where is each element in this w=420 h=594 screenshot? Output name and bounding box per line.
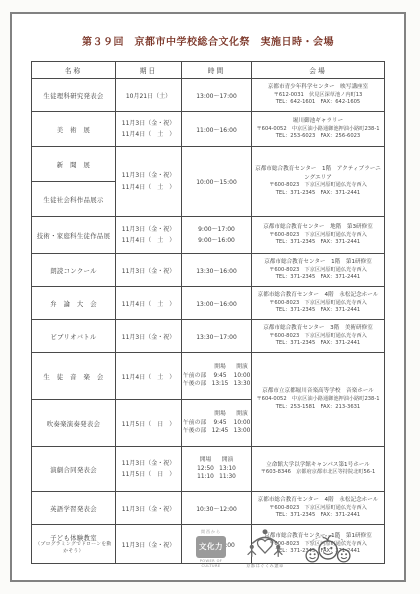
footer-logos: 関西から 文化力 POWER OF CULTURE 京都はぐくみ憲章 <box>196 528 352 569</box>
venue-name: 京都市総合教育センター 1階 アクティブラーニングエリア <box>253 165 383 182</box>
venue-address: 〒600-8023 下京区河原町通仏光寺西入 <box>253 267 383 275</box>
event-name: 朗読コンクール <box>32 254 116 287</box>
time-grid-header: 開場 開演 <box>183 363 252 372</box>
doors-open-label: 開場 <box>195 456 217 465</box>
time-grid-spacer <box>183 363 209 372</box>
table-row-english: 英語学習発表会 11月3日（金・祝） 10:30～12:00 京都市総合教育セン… <box>32 492 385 525</box>
start-label: 開演 <box>231 410 252 419</box>
doors-open-time: 12:50 <box>195 465 217 474</box>
venue-tel-fax: TEL：253-6023 FAX：256-6023 <box>253 133 383 141</box>
column-header-date: 期日 <box>116 62 182 79</box>
schedule-table: 名称 期日 時間 会場 生徒理科研究発表会 10月21日（土） 13:00～17… <box>31 61 385 564</box>
venue-name: 堀川御池ギャラリー <box>253 117 383 126</box>
venue-name: 京都市総合教育センター 4階 永松記念ホール <box>253 291 383 300</box>
session-label: 午後の部 <box>183 380 209 389</box>
time-grid: 開場 開演 12:50 13:10 11:10 11:30 <box>195 456 239 483</box>
power-of-culture-sub1: POWER OF <box>200 559 223 563</box>
venue-name: 京都市総合教育センター 1階 第1研修室 <box>253 258 383 267</box>
event-name: 生 徒 音 楽 会 <box>32 353 116 400</box>
venue-address: 〒603-8346 京都府京都市北区等持院北町56-1 <box>253 469 383 477</box>
venue-tel-fax: TEL：371-2345 FAX：371-2441 <box>253 307 383 315</box>
event-date: 11月4日（ 土 ） <box>116 353 182 400</box>
start-time: 10:00 <box>231 372 252 381</box>
event-date: 11月3日（金・祝） 11月4日（ 土 ） <box>116 217 182 254</box>
doors-open-label: 開場 <box>209 363 231 372</box>
date-line: 11月3日（金・祝） <box>117 118 180 129</box>
event-name: 演劇合同発表会 <box>32 447 116 492</box>
venue-address: 〒600-8023 下京区河原町通仏光寺西入 <box>253 333 383 341</box>
event-venue: 京都市立京都堀川音楽高等学校 音楽ホール 〒604-0052 中京区油小路通御池… <box>252 353 385 447</box>
venue-name: 京都市総合教育センター 地階 第3研修室 <box>253 223 383 232</box>
session-label: 午前の部 <box>183 372 209 381</box>
time-grid-row-1: 12:50 13:10 <box>195 465 239 474</box>
document-page: { "page": { "title": "第３９回 京都市中学校総合文化祭 実… <box>0 0 420 594</box>
venue-address: 〒600-8023 下京区河原町通仏光寺西入 <box>253 300 383 308</box>
date-line: 11月4日（ 土 ） <box>117 235 180 246</box>
table-header-row: 名称 期日 時間 会場 <box>32 62 385 79</box>
event-name-note: （プログラミングでドローンを動かそう） <box>33 542 114 555</box>
event-name: 子ども体験教室 （プログラミングでドローンを動かそう） <box>32 525 116 564</box>
venue-name: 京都市立京都堀川音楽高等学校 音楽ホール <box>253 387 383 396</box>
event-venue: 京都市総合教育センター 地階 第3研修室 〒600-8023 下京区河原町通仏光… <box>252 217 385 254</box>
time-grid-row-pm: 午後の部 12:45 13:00 <box>183 427 252 436</box>
kyoto-hagukumi-logo: 京都はぐくみ憲章 <box>246 528 284 569</box>
date-line: 11月5日（ 日 ） <box>117 469 180 480</box>
event-date: 11月3日（金・祝） <box>116 492 182 525</box>
venue-address: 〒600-8023 下京区河原町通仏光寺西入 <box>253 505 383 513</box>
event-venue: 京都市総合教育センター 1階 アクティブラーニングエリア 〒600-8023 下… <box>252 147 385 217</box>
table-row-speech: 弁 論 大 会 11月4日（ 土 ） 13:00～16:00 京都市総合教育セン… <box>32 287 385 320</box>
event-time: 開場 開演 午前の部 9:45 10:00 午後の部 13:15 13:30 <box>182 353 252 400</box>
event-time: 13:30～17:00 <box>182 320 252 353</box>
time-grid-row-2: 11:10 11:30 <box>195 473 239 482</box>
page-title: 第３９回 京都市中学校総合文化祭 実施日時・会場 <box>12 33 404 48</box>
event-date: 10月21日（土） <box>116 79 182 112</box>
start-time: 11:30 <box>217 473 239 482</box>
event-time: 13:00～16:00 <box>182 287 252 320</box>
venue-tel-fax: TEL：371-2345 FAX：371-2441 <box>253 340 383 348</box>
event-name: 吹奏楽演奏発表会 <box>32 400 116 447</box>
event-venue: 京都市総合教育センター 3階 美術研修室 〒600-8023 下京区河原町通仏光… <box>252 320 385 353</box>
table-row-music-concert: 生 徒 音 楽 会 11月4日（ 土 ） 開場 開演 午前の部 9:45 10:… <box>32 353 385 400</box>
event-time: 開場 開演 午前の部 9:45 10:00 午後の部 12:45 13:00 <box>182 400 252 447</box>
doors-open-time: 11:10 <box>195 473 217 482</box>
time-grid-spacer <box>183 410 209 419</box>
event-name: ビブリオバトル <box>32 320 116 353</box>
community-circle-icon <box>304 529 352 569</box>
kyoto-hagukumi-label: 京都はぐくみ憲章 <box>246 563 284 569</box>
time-grid-row-pm: 午後の部 13:15 13:30 <box>183 380 252 389</box>
event-name: 生徒理科研究発表会 <box>32 79 116 112</box>
time-grid-header: 開場 開演 <box>195 456 239 465</box>
event-date: 11月3日（金・祝） 11月5日（ 日 ） <box>116 447 182 492</box>
date-line: 11月3日（金・祝） <box>117 170 180 181</box>
venue-tel-fax: TEL：371-2345 FAX：371-2441 <box>253 512 383 520</box>
venue-tel-fax: TEL：642-1601 FAX：642-1605 <box>253 99 383 107</box>
venue-address: 〒612-0031 伏見区深草池ノ内町13 <box>253 92 383 100</box>
event-time: 10:30～12:00 <box>182 492 252 525</box>
event-date: 11月4日（ 土 ） <box>116 287 182 320</box>
event-name: 弁 論 大 会 <box>32 287 116 320</box>
venue-tel-fax: TEL：253-1581 FAX：213-3631 <box>253 404 383 412</box>
event-name-main: 子ども体験教室 <box>33 533 114 542</box>
table-row-science: 生徒理科研究発表会 10月21日（土） 13:00～17:00 京都市青少年科学… <box>32 79 385 112</box>
start-label: 開演 <box>231 363 252 372</box>
event-name: 生徒社会科作品展示 <box>32 182 116 217</box>
time-grid: 開場 開演 午前の部 9:45 10:00 午後の部 12:45 13:00 <box>183 410 252 437</box>
event-venue: 京都市総合教育センター 4階 永松記念ホール 〒600-8023 下京区河原町通… <box>252 287 385 320</box>
start-time: 13:10 <box>217 465 239 474</box>
power-of-culture-logo: 関西から 文化力 POWER OF CULTURE <box>196 529 226 568</box>
kyoto-hagukumi-icon <box>246 528 284 562</box>
event-date: 11月3日（金・祝） 11月4日（ 土 ） <box>116 147 182 217</box>
time-grid-row-am: 午前の部 9:45 10:00 <box>183 419 252 428</box>
table-row-bibliobattle: ビブリオバトル 11月3日（金・祝） 13:30～17:00 京都市総合教育セン… <box>32 320 385 353</box>
event-date: 11月3日（金・祝） <box>116 254 182 287</box>
session-label: 午後の部 <box>183 427 209 436</box>
venue-address: 〒604-0052 中京区油小路通御池押油小路町238-1 <box>253 126 383 134</box>
event-name: 技術・家庭科生徒作品展 <box>32 217 116 254</box>
page-border-frame: 第３９回 京都市中学校総合文化祭 実施日時・会場 名称 期日 時間 会場 生徒理… <box>10 12 406 582</box>
doors-open-time: 9:45 <box>209 419 231 428</box>
venue-address: 〒600-8023 下京区河原町通仏光寺西入 <box>253 182 383 190</box>
venue-tel-fax: TEL：371-2345 FAX：371-2441 <box>253 274 383 282</box>
event-time: 13:00～17:00 <box>182 79 252 112</box>
power-of-culture-sub2: CULTURE <box>201 564 220 568</box>
table-row-newspaper: 新 聞 展 11月3日（金・祝） 11月4日（ 土 ） 10:00～15:00 … <box>32 147 385 182</box>
event-time: 11:00～16:00 <box>182 112 252 147</box>
date-line: 11月4日（ 土 ） <box>117 129 180 140</box>
event-time: 10:00～15:00 <box>182 147 252 217</box>
event-time: 13:30～16:00 <box>182 254 252 287</box>
event-venue: 立命館大学以学館キャンパス第1号ホール 〒603-8346 京都府京都市北区等持… <box>252 447 385 492</box>
start-time: 13:30 <box>231 380 252 389</box>
date-line: 11月3日（金・祝） <box>117 458 180 469</box>
power-of-culture-icon: 文化力 <box>196 536 226 558</box>
time-grid-header: 開場 開演 <box>183 410 252 419</box>
doors-open-label: 開場 <box>209 410 231 419</box>
session-label: 午前の部 <box>183 419 209 428</box>
power-of-culture-top-text: 関西から <box>201 529 221 535</box>
time-grid: 開場 開演 午前の部 9:45 10:00 午後の部 13:15 13:30 <box>183 363 252 390</box>
venue-address: 〒604-0052 中京区油小路通御池押油小路町238-1 <box>253 396 383 404</box>
time-line: 9:00～17:00 <box>183 224 250 235</box>
venue-name: 京都市青少年科学センター 映写講座室 <box>253 83 383 92</box>
start-time: 13:00 <box>231 427 252 436</box>
date-line: 11月4日（ 土 ） <box>117 182 180 193</box>
event-name: 美 術 展 <box>32 112 116 147</box>
event-date: 11月5日（ 日 ） <box>116 400 182 447</box>
date-line: 11月3日（金・祝） <box>117 224 180 235</box>
start-label: 開演 <box>217 456 239 465</box>
event-name: 英語学習発表会 <box>32 492 116 525</box>
venue-tel-fax: TEL：371-2345 FAX：371-2441 <box>253 190 383 198</box>
event-venue: 京都市総合教育センター 1階 第1研修室 〒600-8023 下京区河原町通仏光… <box>252 254 385 287</box>
doors-open-time: 13:15 <box>209 380 231 389</box>
event-date: 11月3日（金・祝） <box>116 525 182 564</box>
doors-open-time: 12:45 <box>209 427 231 436</box>
event-venue: 堀川御池ギャラリー 〒604-0052 中京区油小路通御池押油小路町238-1 … <box>252 112 385 147</box>
event-date: 11月3日（金・祝） <box>116 320 182 353</box>
venue-tel-fax: TEL：371-2345 FAX：371-2441 <box>253 239 383 247</box>
event-time: 開場 開演 12:50 13:10 11:10 11:30 <box>182 447 252 492</box>
table-row-drama: 演劇合同発表会 11月3日（金・祝） 11月5日（ 日 ） 開場 開演 12:5… <box>32 447 385 492</box>
table-row-tech-home: 技術・家庭科生徒作品展 11月3日（金・祝） 11月4日（ 土 ） 9:00～1… <box>32 217 385 254</box>
column-header-name: 名称 <box>32 62 116 79</box>
event-venue: 京都市青少年科学センター 映写講座室 〒612-0031 伏見区深草池ノ内町13… <box>252 79 385 112</box>
event-time: 9:00～17:00 9:00～16:00 <box>182 217 252 254</box>
start-time: 10:00 <box>231 419 252 428</box>
time-grid-row-am: 午前の部 9:45 10:00 <box>183 372 252 381</box>
event-venue: 京都市総合教育センター 4階 永松記念ホール 〒600-8023 下京区河原町通… <box>252 492 385 525</box>
venue-name: 京都市総合教育センター 3階 美術研修室 <box>253 324 383 333</box>
column-header-time: 時間 <box>182 62 252 79</box>
venue-name: 京都市総合教育センター 4階 永松記念ホール <box>253 496 383 505</box>
doors-open-time: 9:45 <box>209 372 231 381</box>
table-row-recitation: 朗読コンクール 11月3日（金・祝） 13:30～16:00 京都市総合教育セン… <box>32 254 385 287</box>
venue-address: 〒600-8023 下京区河原町通仏光寺西入 <box>253 232 383 240</box>
event-name: 新 聞 展 <box>32 147 116 182</box>
event-date: 11月3日（金・祝） 11月4日（ 土 ） <box>116 112 182 147</box>
time-line: 9:00～16:00 <box>183 235 250 246</box>
table-row-art: 美 術 展 11月3日（金・祝） 11月4日（ 土 ） 11:00～16:00 … <box>32 112 385 147</box>
community-circle-logo <box>304 529 352 569</box>
column-header-venue: 会場 <box>252 62 385 79</box>
